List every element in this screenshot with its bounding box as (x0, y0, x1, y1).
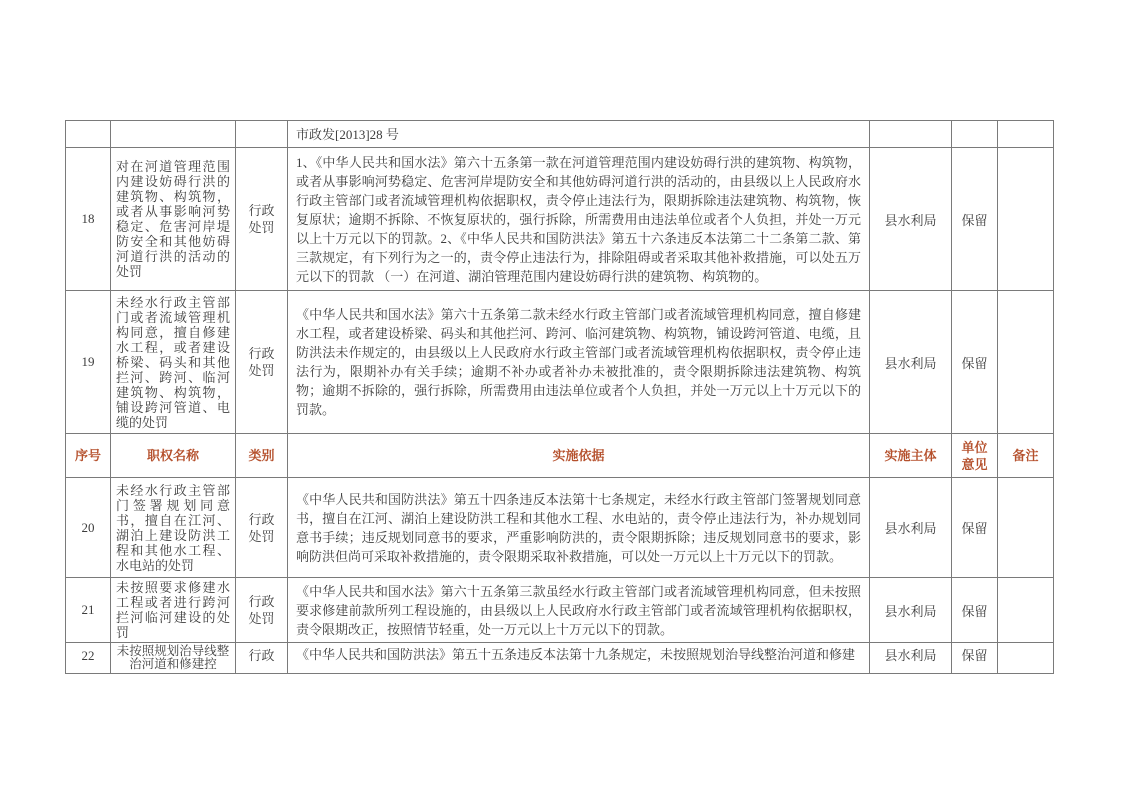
carryover-basis-cell: 市政发[2013]28 号 (288, 121, 870, 148)
table-row: 18 对在河道管理范围内建设妨碍行洪的建筑物、构筑物，或者从事影响河势稳定、危害… (66, 148, 1054, 291)
carryover-opinion-cell (952, 121, 998, 148)
table-header-row: 序号 职权名称 类别 实施依据 实施主体 单位意见 备注 (66, 434, 1054, 478)
header-remark: 备注 (998, 434, 1054, 478)
row-authority: 县水利局 (870, 478, 952, 578)
row-category: 行政处罚 (236, 148, 288, 291)
row-category: 行政处罚 (236, 478, 288, 578)
row-power-name: 未经水行政主管部门或者流域管理机构同意，擅自修建水工程，或者建设桥梁、码头和其他… (111, 291, 236, 434)
carryover-authority-cell (870, 121, 952, 148)
row-no: 22 (66, 643, 111, 674)
row-opinion: 保留 (952, 643, 998, 674)
category-text: 行政处罚 (249, 345, 275, 379)
carryover-category-cell (236, 121, 288, 148)
carryover-remark-cell (998, 121, 1054, 148)
row-authority: 县水利局 (870, 148, 952, 291)
table-row: 20 未经水行政主管部门签署规划同意书，擅自在江河、湖泊上建设防洪工程和其他水工… (66, 478, 1054, 578)
row-authority: 县水利局 (870, 643, 952, 674)
row-basis: 《中华人民共和国水法》第六十五条第三款虽经水行政主管部门或者流域管理机构同意，但… (288, 578, 870, 643)
row-remark (998, 148, 1054, 291)
category-text: 行政处罚 (249, 511, 275, 545)
row-category: 行政 (236, 643, 288, 674)
row-no: 20 (66, 478, 111, 578)
row-opinion: 保留 (952, 578, 998, 643)
authority-list-table: 市政发[2013]28 号 18 对在河道管理范围内建设妨碍行洪的建筑物、构筑物… (65, 120, 1054, 674)
row-opinion: 保留 (952, 148, 998, 291)
table-row-carryover: 市政发[2013]28 号 (66, 121, 1054, 148)
row-remark (998, 578, 1054, 643)
row-power-name: 未按照要求修建水工程或者进行跨河拦河临河建设的处罚 (111, 578, 236, 643)
row-category: 行政处罚 (236, 291, 288, 434)
category-text: 行政处罚 (249, 202, 275, 236)
header-category: 类别 (236, 434, 288, 478)
row-category: 行政处罚 (236, 578, 288, 643)
header-power-name: 职权名称 (111, 434, 236, 478)
table-row-cut: 22 未按照规划治导线整治河道和修建控 行政 《中华人民共和国防洪法》第五十五条… (66, 643, 1054, 674)
row-opinion: 保留 (952, 291, 998, 434)
row-remark (998, 291, 1054, 434)
table-row: 19 未经水行政主管部门或者流域管理机构同意，擅自修建水工程，或者建设桥梁、码头… (66, 291, 1054, 434)
row-authority: 县水利局 (870, 291, 952, 434)
header-basis: 实施依据 (288, 434, 870, 478)
row-no: 18 (66, 148, 111, 291)
carryover-name-cell (111, 121, 236, 148)
document-page: { "page": { "background": "#ffffff" }, "… (0, 0, 1122, 793)
header-no: 序号 (66, 434, 111, 478)
row-authority: 县水利局 (870, 578, 952, 643)
table-row: 21 未按照要求修建水工程或者进行跨河拦河临河建设的处罚 行政处罚 《中华人民共… (66, 578, 1054, 643)
row-basis: 《中华人民共和国防洪法》第五十四条违反本法第十七条规定，未经水行政主管部门签署规… (288, 478, 870, 578)
category-text: 行政处罚 (249, 593, 275, 627)
row-remark (998, 478, 1054, 578)
header-authority: 实施主体 (870, 434, 952, 478)
row-power-name: 未按照规划治导线整治河道和修建控 (111, 643, 236, 674)
header-opinion: 单位意见 (952, 434, 998, 478)
row-power-name: 对在河道管理范围内建设妨碍行洪的建筑物、构筑物，或者从事影响河势稳定、危害河岸堤… (111, 148, 236, 291)
row-no: 19 (66, 291, 111, 434)
row-no: 21 (66, 578, 111, 643)
header-opinion-text: 单位意见 (962, 439, 988, 473)
row-basis: 《中华人民共和国防洪法》第五十五条违反本法第十九条规定，未按照规划治导线整治河道… (288, 643, 870, 674)
row-opinion: 保留 (952, 478, 998, 578)
row-basis: 《中华人民共和国水法》第六十五条第二款未经水行政主管部门或者流域管理机构同意，擅… (288, 291, 870, 434)
carryover-no-cell (66, 121, 111, 148)
row-remark (998, 643, 1054, 674)
row-basis: 1、《中华人民共和国水法》第六十五条第一款在河道管理范围内建设妨碍行洪的建筑物、… (288, 148, 870, 291)
row-power-name: 未经水行政主管部门签署规划同意书，擅自在江河、湖泊上建设防洪工程和其他水工程、水… (111, 478, 236, 578)
